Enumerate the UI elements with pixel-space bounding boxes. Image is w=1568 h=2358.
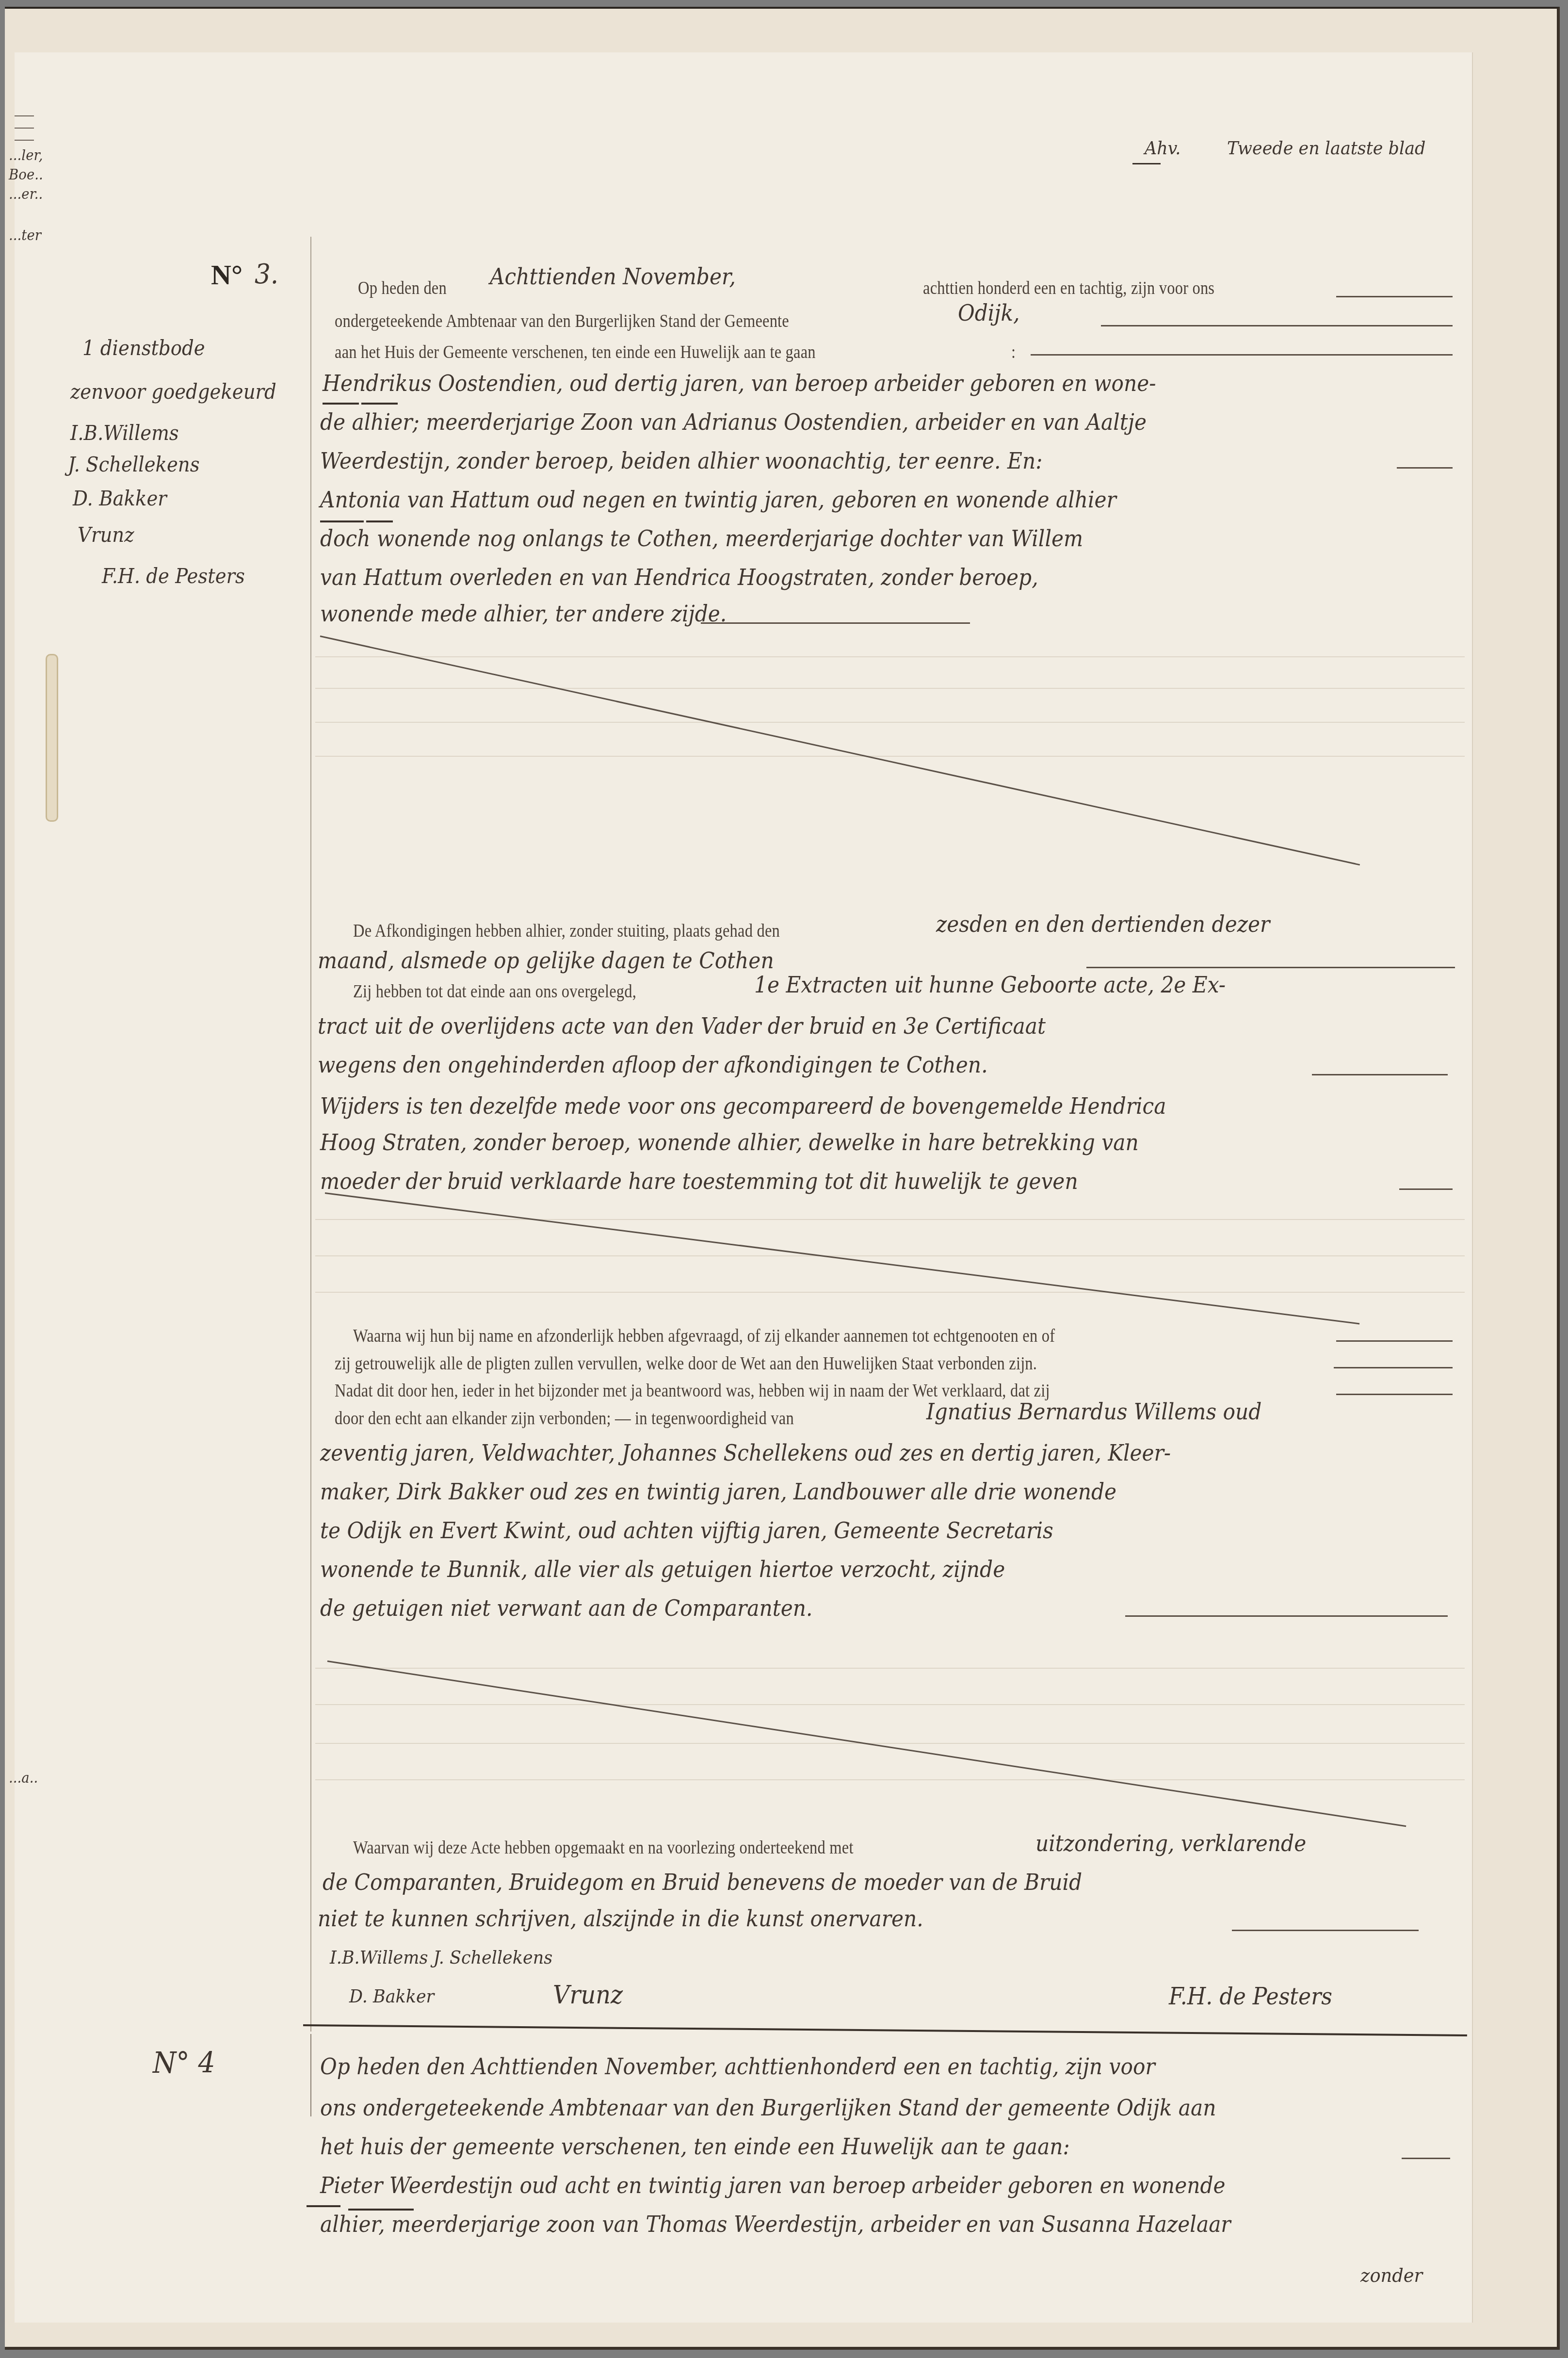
ruled-line (315, 1668, 1465, 1669)
ruled-line (315, 756, 1465, 757)
entry4-groom-line: alhier, meerderjarige zoon van Thomas We… (320, 2211, 1231, 2237)
bride-line: van Hattum overleden en van Hendrica Hoo… (320, 564, 1038, 590)
fill-line (1399, 1188, 1453, 1190)
signature-registrar: F.H. de Pesters (1169, 1983, 1332, 2010)
opening-text-4: aan het Huis der Gemeente verschenen, te… (335, 342, 816, 363)
documents-line: 1e Extracten uit hunne Geboorte acte, 2e… (754, 972, 1226, 998)
witness-line: wonende te Bunnik, alle vier als getuige… (320, 1556, 1005, 1582)
register-page: Ahv. Tweede en laatste blad ...ler, Boe.… (5, 7, 1560, 2350)
signing-note: niet te kunnen schrijven, alszijnde in d… (318, 1905, 923, 1932)
fill-line (1232, 1930, 1419, 1931)
consent-line: Hoog Straten, zonder beroep, wonende alh… (320, 1129, 1139, 1155)
ruled-line (315, 1704, 1465, 1705)
documents-line: wegens den ongehinderden afloop der afko… (318, 1052, 988, 1078)
gemeente-name: Odijk, (958, 300, 1020, 326)
fill-line (1397, 467, 1453, 469)
fill-line (1402, 2158, 1450, 2159)
fill-line (1336, 1394, 1453, 1395)
fill-line (1125, 1615, 1448, 1617)
waarvan-text: Waarvan wij deze Acte hebben opgemaakt e… (353, 1838, 854, 1858)
ruled-line (315, 1743, 1465, 1744)
opening-text-3: ondergeteekende Ambtenaar van den Burger… (335, 311, 789, 332)
entry-number: N° 4 (153, 2046, 215, 2080)
groom-line: Weerdestijn, zonder beroep, beiden alhie… (320, 448, 1042, 474)
signing-note: de Comparanten, Bruidegom en Bruid benev… (323, 1869, 1082, 1895)
bride-line: doch wonende nog onlangs te Cothen, meer… (320, 525, 1083, 552)
groom-line: de alhier; meerderjarige Zoon van Adrian… (320, 409, 1147, 435)
afkondigingen-text: De Afkondigingen hebben alhier, zonder s… (353, 921, 780, 942)
margin-note-signature: I.B.Willems (70, 421, 179, 445)
entry4-line: Op heden den Achttienden November, achtt… (320, 2053, 1155, 2080)
margin-note-signature: Vrunz (78, 523, 134, 547)
name-underline (320, 520, 352, 522)
ruled-line (315, 722, 1465, 723)
consent-line: Wijders is ten dezelfde mede voor ons ge… (320, 1093, 1166, 1119)
witness-line: Ignatius Bernardus Willems oud (926, 1399, 1261, 1425)
waarna-text: Waarna wij hun bij name en afzonderlijk … (353, 1326, 1055, 1347)
signature-witnesses: I.B.Willems J. Schellekens (330, 1947, 552, 1968)
waarna-text: door den echt aan elkander zijn verbonde… (335, 1408, 794, 1429)
opening-colon: : (1011, 342, 1016, 363)
witness-line: maker, Dirk Bakker oud zes en twintig ja… (320, 1479, 1116, 1505)
name-underline (352, 520, 364, 522)
fill-line (1312, 1074, 1448, 1075)
bride-line: Antonia van Hattum oud negen en twintig … (320, 487, 1116, 513)
fill-line (1334, 1367, 1453, 1368)
ruled-line (315, 656, 1465, 657)
witness-line: de getuigen niet verwant aan de Comparan… (320, 1595, 813, 1621)
ruled-line (315, 1219, 1465, 1220)
ruled-line (315, 1292, 1465, 1293)
fill-line (1336, 296, 1453, 297)
left-page-fragment: ...ter (9, 227, 41, 244)
entry-number: 3. (255, 259, 278, 290)
ruled-line (315, 688, 1465, 689)
waarna-text: zij getrouwelijk alle de pligten zullen … (335, 1353, 1037, 1374)
left-page-fragment: ...a.. (9, 1770, 38, 1787)
witness-line: zeventig jaren, Veldwachter, Johannes Sc… (320, 1440, 1171, 1466)
name-underline (361, 403, 398, 405)
opening-text-1: Op heden den (358, 278, 447, 299)
afkondigingen-dates: maand, alsmede op gelijke dagen te Cothe… (318, 947, 774, 974)
paper-crease-stain (46, 654, 58, 822)
signature-witness: D. Bakker (349, 1985, 434, 2007)
left-page-fragment: ...ler, (9, 147, 43, 164)
margin-note: 1 dienstbode (82, 336, 205, 360)
margin-rule (310, 237, 311, 2032)
bride-line: wonende mede alhier, ter andere zijde. (320, 601, 727, 627)
entry4-groom-line: Pieter Weerdestijn oud acht en twintig j… (320, 2172, 1226, 2198)
page-note-prefix: Ahv. (1145, 137, 1180, 159)
witness-line: te Odijk en Evert Kwint, oud achten vijf… (320, 1517, 1053, 1544)
marriage-date: Achttienden November, (490, 263, 736, 290)
page-note-underline (1132, 163, 1161, 164)
margin-note-signature: F.H. de Pesters (102, 564, 245, 588)
fill-line (1101, 325, 1453, 326)
catchword: zonder (1360, 2264, 1423, 2287)
page-note: Tweede en laatste blad (1227, 137, 1425, 159)
entry-number-prefix: N° (211, 259, 242, 291)
ruled-line (315, 1255, 1465, 1256)
name-underline (348, 2209, 414, 2211)
signing-note: uitzondering, verklarende (1035, 1830, 1306, 1856)
consent-line: moeder der bruid verklaarde hare toestem… (320, 1168, 1078, 1194)
fill-line (701, 622, 970, 624)
fill-line (1031, 354, 1453, 356)
margin-rule (310, 2034, 311, 2116)
overgelegd-text: Zij hebben tot dat einde aan ons overgel… (353, 981, 636, 1002)
margin-note-signature: J. Schellekens (68, 453, 200, 476)
entry4-line: het huis der gemeente verschenen, ten ei… (320, 2133, 1070, 2160)
margin-note-signature: D. Bakker (73, 487, 167, 510)
opening-text-2: achttien honderd een en tachtig, zijn vo… (923, 278, 1214, 299)
name-underline (323, 403, 359, 405)
name-underline (366, 520, 393, 522)
fill-line (1336, 1340, 1453, 1342)
entry4-line: ons ondergeteekende Ambtenaar van den Bu… (320, 2095, 1216, 2121)
groom-line: Hendrikus Oostendien, oud dertig jaren, … (323, 370, 1156, 396)
fill-line (1086, 967, 1455, 968)
margin-note: zenvoor goedgekeurd (70, 380, 276, 404)
left-page-rule (15, 115, 34, 116)
left-page-rule (15, 140, 34, 141)
name-underline (307, 2205, 340, 2207)
signature-secretary: Vrunz (553, 1981, 623, 2010)
afkondigingen-dates: zesden en den dertienden dezer (936, 911, 1270, 937)
left-page-fragment: Boe.. (9, 166, 43, 183)
ruled-line (315, 1779, 1465, 1780)
documents-line: tract uit de overlijdens acte van den Va… (318, 1013, 1046, 1039)
left-page-fragment: ...er.. (9, 186, 43, 203)
left-page-rule (15, 128, 34, 129)
